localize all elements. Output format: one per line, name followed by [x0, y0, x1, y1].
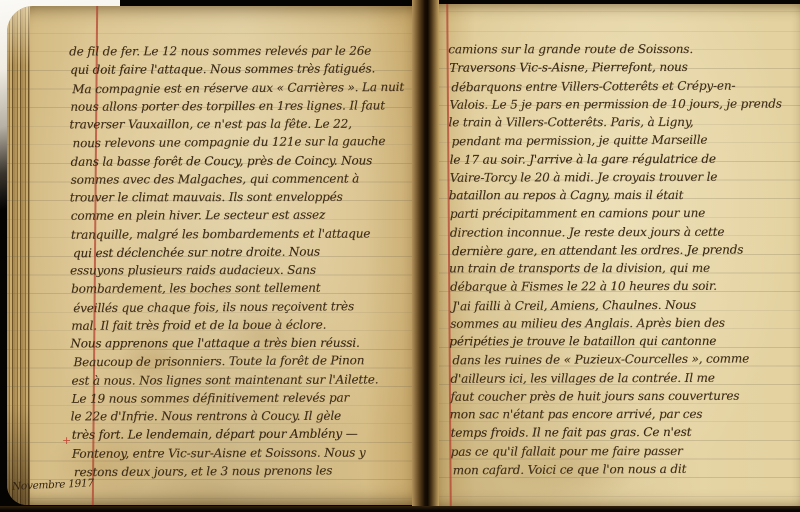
handwriting-line: sommes au milieu des Anglais. Après bien…	[450, 315, 800, 335]
handwriting-line: essuyons plusieurs raids audacieux. Sans	[70, 263, 411, 282]
handwriting-line: Le 19 nous sommes définitivement relevés…	[72, 390, 413, 410]
handwriting-line: Beaucoup de prisonniers. Toute la forêt …	[73, 353, 414, 374]
handwriting-line: débarque à Fismes le 22 à 10 heures du s…	[450, 279, 800, 299]
handwriting-line: dans les ruines de « Puzieux-Courcelles …	[452, 351, 800, 372]
handwriting-line: faut coucher près de huit jours sans cou…	[450, 388, 800, 408]
handwriting-line: camions sur la grande route de Soissons.	[448, 42, 800, 61]
handwriting-right: camions sur la grande route de Soissons.…	[449, 41, 800, 480]
handwriting-line: Vaire-Torcy le 20 à midi. Je croyais tro…	[450, 169, 800, 189]
handwriting-line: dernière gare, en attendant les ordres. …	[452, 241, 800, 262]
handwriting-line: comme en plein hiver. Le secteur est ass…	[71, 208, 412, 228]
handwriting-line: traverser Vauxaillon, ce n'est pas la fê…	[69, 117, 410, 136]
handwriting-line: restons deux jours, et le 3 nous prenons…	[74, 463, 414, 484]
handwriting-line: débarquons entre Villers-Cotterêts et Cr…	[451, 77, 800, 98]
handwriting-line: d'ailleurs ici, les villages de la contr…	[450, 370, 800, 390]
handwriting-line: bombardement, les boches sont tellement	[71, 281, 412, 301]
right-page: camions sur la grande route de Soissons.…	[439, 4, 800, 507]
handwriting-line: qui est déclenchée sur notre droite. Nou…	[73, 244, 414, 265]
handwriting-line: bataillon au repos à Cagny, mais il étai…	[449, 188, 800, 207]
handwriting-line: trouver le climat mauvais. Ils sont enve…	[70, 190, 411, 209]
handwriting-line: Traversons Vic-s-Aisne, Pierrefont, nous	[449, 60, 800, 80]
handwriting-line: Ma compagnie est en réserve aux « Carriè…	[72, 79, 413, 100]
handwriting-line: mon cafard. Voici ce que l'on nous a dit	[453, 460, 800, 481]
handwriting-line: un train de transports de la division, q…	[449, 261, 800, 280]
handwriting-line: temps froids. Il ne fait pas gras. Ce n'…	[451, 425, 800, 445]
handwriting-line: J'ai failli à Creil, Amiens, Chaulnes. N…	[452, 296, 800, 317]
handwriting-line: mal. Il fait très froid et de la boue à …	[71, 317, 412, 337]
handwriting-line: très fort. Le lendemain, départ pour Amb…	[72, 427, 413, 447]
handwriting-left: de fil de fer. Le 12 nous sommes relevés…	[70, 43, 413, 482]
margin-cross-mark: +	[62, 434, 71, 447]
handwriting-line: Nous apprenons que l'attaque a très bien…	[70, 336, 411, 355]
handwriting-line: pas ce qu'il fallait pour me faire passe…	[451, 443, 800, 463]
handwriting-line: mon sac n'étant pas encore arrivé, par c…	[450, 407, 800, 426]
diary-scan: de fil de fer. Le 12 nous sommes relevés…	[0, 0, 800, 512]
handwriting-line: direction inconnue. Je reste deux jours …	[450, 224, 800, 244]
handwriting-line: le 17 au soir. J'arrive à la gare régula…	[450, 151, 800, 171]
handwriting-line: péripéties je trouve le bataillon qui ca…	[449, 334, 800, 353]
handwriting-line: de fil de fer. Le 12 nous sommes relevés…	[69, 44, 410, 63]
binding-gutter	[412, 0, 439, 507]
handwriting-line: dans la basse forêt de Coucy, près de Co…	[71, 153, 412, 173]
handwriting-line: Valois. Le 5 je pars en permission de 10…	[449, 96, 800, 116]
handwriting-line: nous relevons une compagnie du 121e sur …	[72, 134, 413, 155]
page-fore-edge	[7, 6, 30, 505]
handwriting-line: qui doit faire l'attaque. Nous sommes tr…	[70, 62, 411, 82]
handwriting-line: est à nous. Nos lignes sont maintenant s…	[71, 372, 412, 392]
handwriting-line: nous allons porter des torpilles en 1res…	[70, 98, 411, 118]
margin-date-note: Novembre 1917	[12, 477, 94, 493]
handwriting-line: le 22e d'Infrie. Nous rentrons à Coucy. …	[71, 409, 412, 428]
handwriting-line: tranquille, malgré les bombardements et …	[71, 226, 412, 246]
left-page: de fil de fer. Le 12 nous sommes relevés…	[7, 6, 414, 505]
handwriting-line: sommes avec des Malgaches, qui commencen…	[71, 171, 412, 191]
handwriting-line: éveillés que chaque fois, ils nous reçoi…	[73, 298, 414, 319]
handwriting-line: Fontenoy, entre Vic-sur-Aisne et Soisson…	[72, 445, 413, 465]
handwriting-line: pendant ma permission, je quitte Marseil…	[452, 132, 800, 153]
handwriting-line: le train à Villers-Cotterêts. Paris, à L…	[449, 115, 800, 134]
book-bottom-edge	[0, 506, 800, 512]
handwriting-line: parti précipitamment en camions pour une	[450, 206, 800, 226]
